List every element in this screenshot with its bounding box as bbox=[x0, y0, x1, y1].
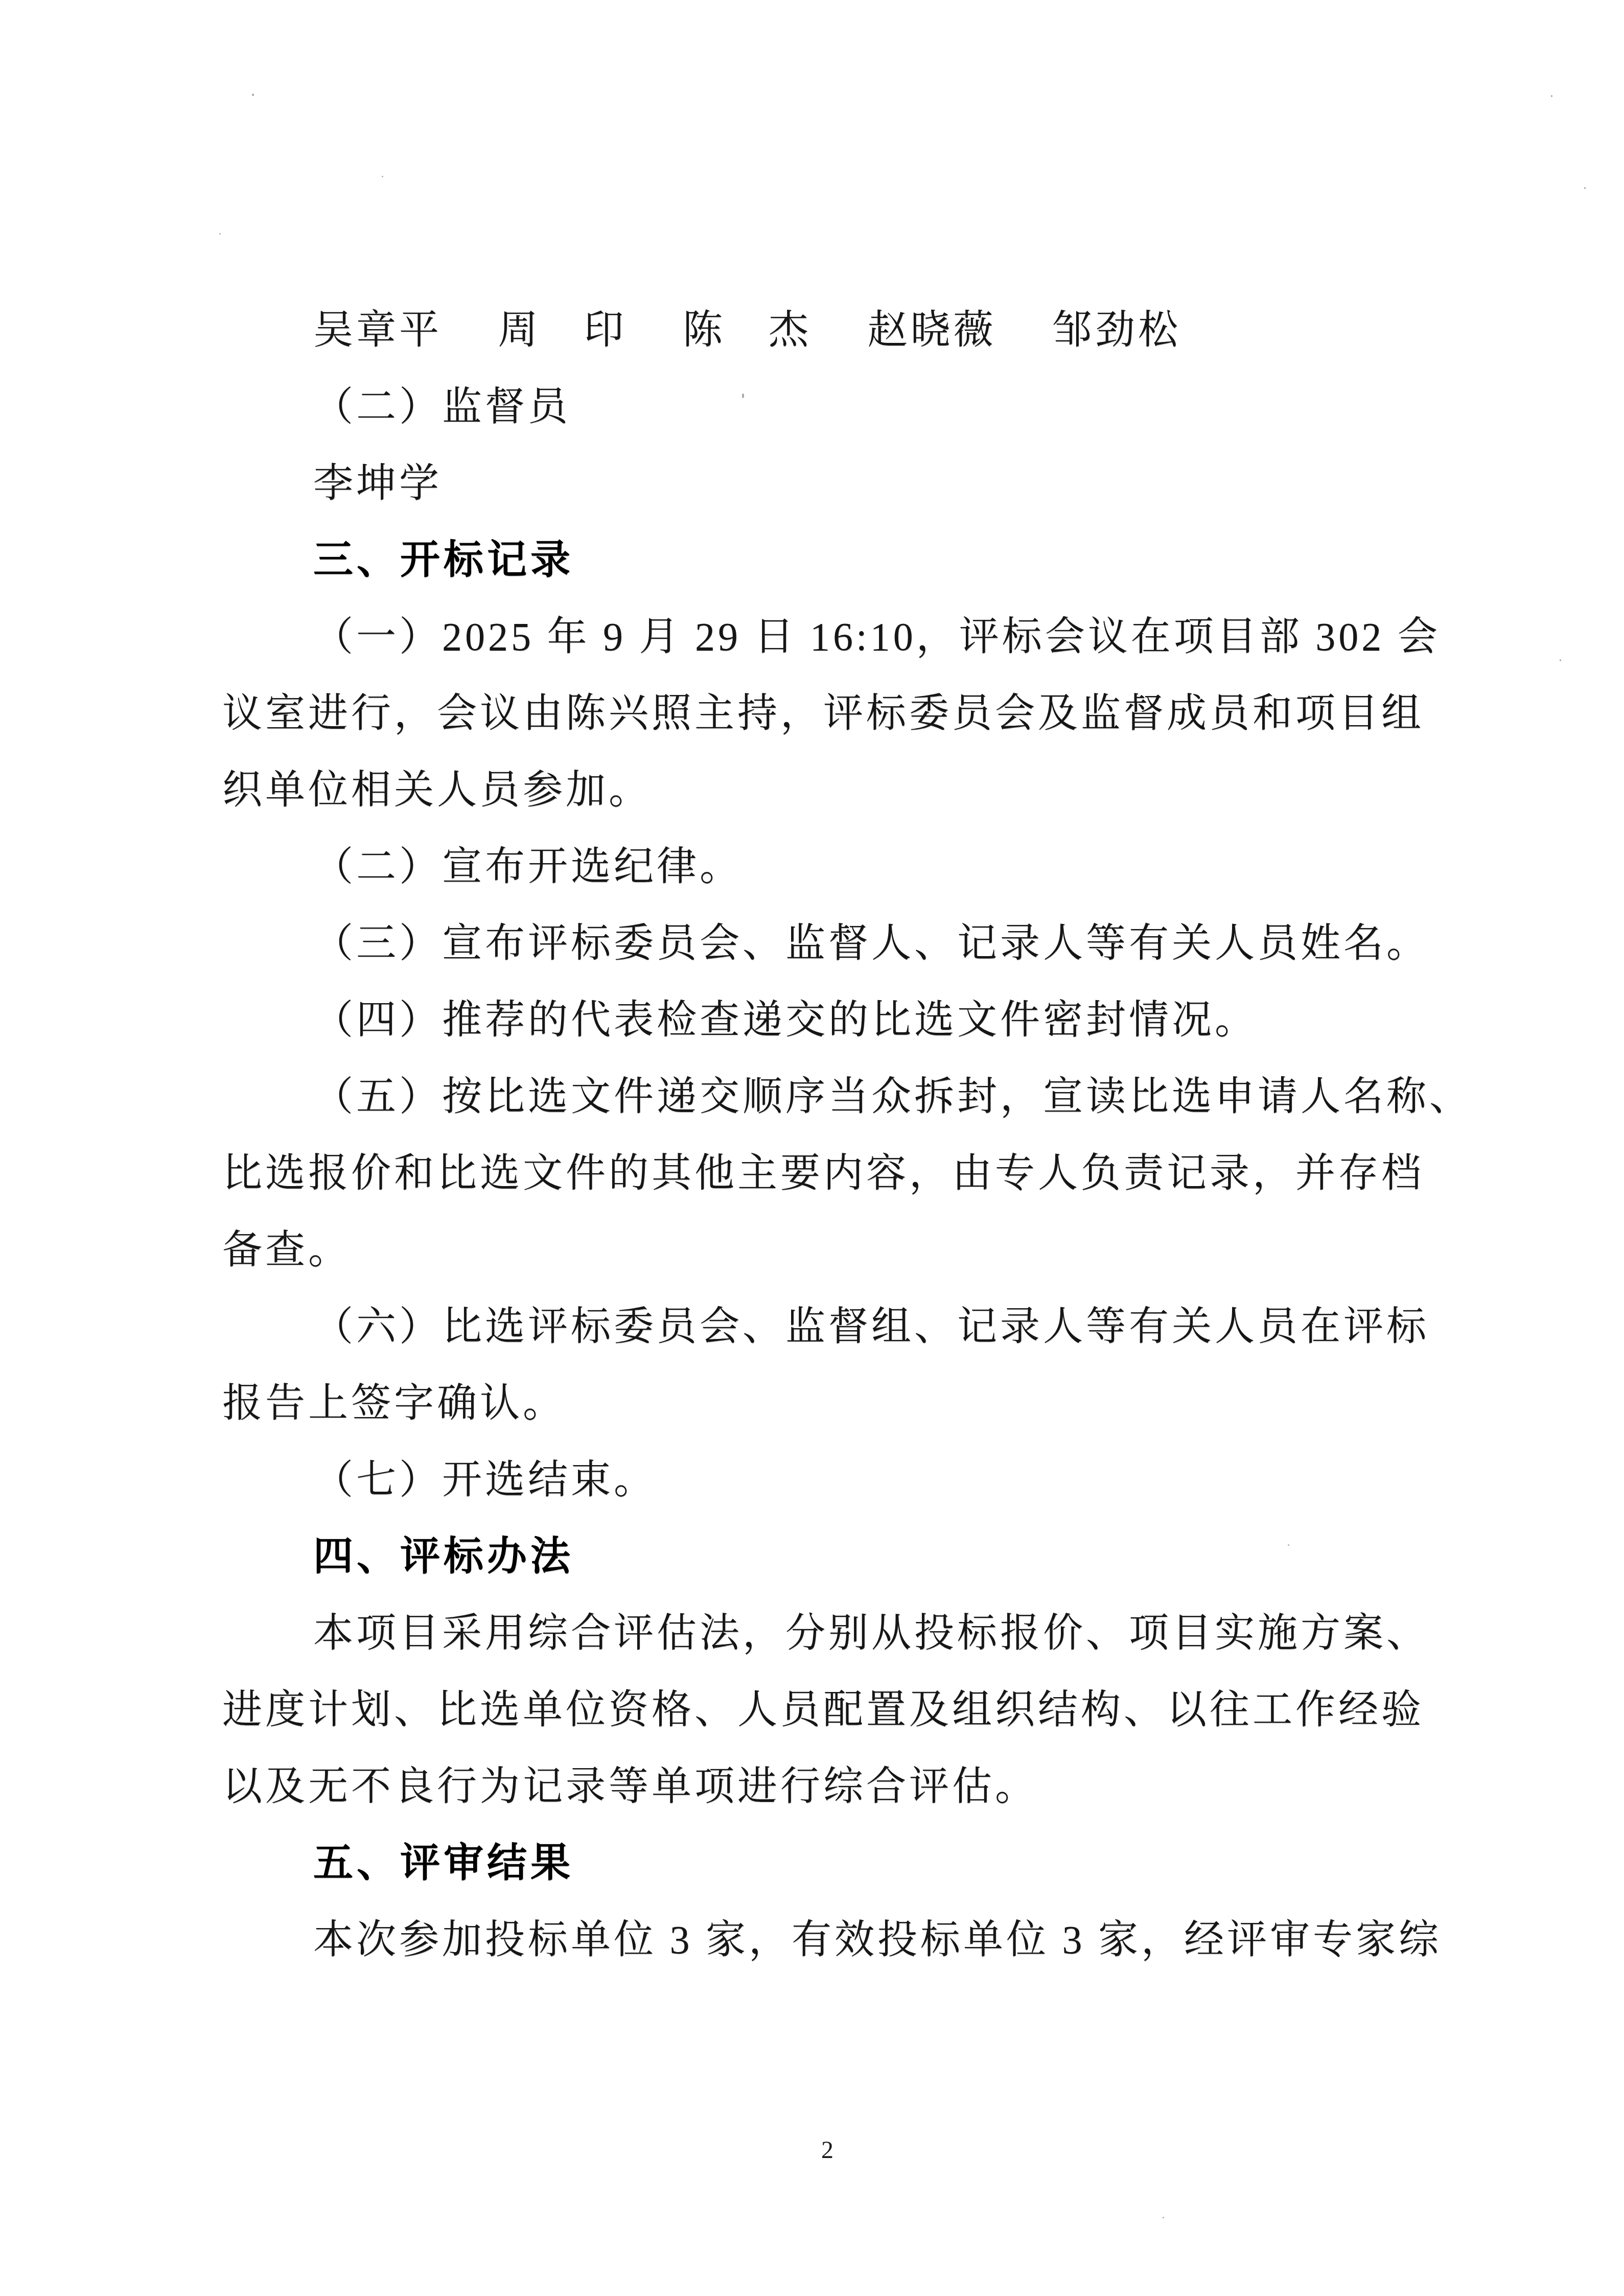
document-body: 吴章平 周 印 陈 杰 赵晓薇 邹劲松（二）监督员李坤学三、开标记录（一）202… bbox=[222, 292, 1432, 1978]
text-line: （二）监督员 bbox=[222, 368, 1432, 445]
text-line: 本项目采用综合评估法，分别从投标报价、项目实施方案、 bbox=[222, 1595, 1432, 1672]
scan-speckle bbox=[618, 1026, 620, 1028]
text-line: 报告上签字确认。 bbox=[222, 1365, 1432, 1442]
text-line: （六）比选评标委员会、监督组、记录人等有关人员在评标 bbox=[222, 1288, 1432, 1365]
scan-speckle bbox=[219, 233, 221, 235]
text-line: 比选报价和比选文件的其他主要内容，由专人负责记录，并存档 bbox=[222, 1135, 1432, 1212]
text-line: （一）2025 年 9 月 29 日 16:10，评标会议在项目部 302 会 bbox=[222, 598, 1432, 675]
scan-speckle bbox=[382, 176, 383, 177]
scan-speckle bbox=[1288, 1544, 1289, 1546]
text-line: 以及无不良行为记录等单项进行综合评估。 bbox=[222, 1748, 1432, 1825]
text-line: 议室进行，会议由陈兴照主持，评标委员会及监督成员和项目组 bbox=[222, 675, 1432, 752]
text-line: （三）宣布评标委员会、监督人、记录人等有关人员姓名。 bbox=[222, 905, 1432, 982]
section-heading: 五、评审结果 bbox=[222, 1825, 1432, 1901]
scan-speckle bbox=[1584, 187, 1586, 189]
section-heading: 三、开标记录 bbox=[222, 522, 1432, 598]
text-line: 吴章平 周 印 陈 杰 赵晓薇 邹劲松 bbox=[222, 292, 1432, 368]
scan-speckle bbox=[1560, 659, 1561, 661]
section-heading: 四、评标办法 bbox=[222, 1518, 1432, 1595]
text-line: （四）推荐的代表检查递交的比选文件密封情况。 bbox=[222, 982, 1432, 1058]
text-line: 备查。 bbox=[222, 1212, 1432, 1288]
scan-speckle bbox=[252, 94, 254, 96]
text-line: 织单位相关人员参加。 bbox=[222, 752, 1432, 828]
text-line: 李坤学 bbox=[222, 445, 1432, 522]
text-line: （七）开选结束。 bbox=[222, 1442, 1432, 1518]
text-line: （五）按比选文件递交顺序当众拆封，宣读比选申请人名称、 bbox=[222, 1058, 1432, 1135]
text-line: 进度计划、比选单位资格、人员配置及组织结构、以往工作经验 bbox=[222, 1672, 1432, 1748]
scan-speckle bbox=[1551, 95, 1552, 97]
page-number: 2 bbox=[222, 2136, 1432, 2165]
document-page: 吴章平 周 印 陈 杰 赵晓薇 邹劲松（二）监督员李坤学三、开标记录（一）202… bbox=[0, 0, 1624, 2296]
text-line: 本次参加投标单位 3 家，有效投标单位 3 家，经评审专家综 bbox=[222, 1901, 1432, 1978]
text-line: （二）宣布开选纪律。 bbox=[222, 828, 1432, 905]
scan-speckle bbox=[1163, 2217, 1164, 2218]
scan-speckle bbox=[742, 393, 744, 398]
